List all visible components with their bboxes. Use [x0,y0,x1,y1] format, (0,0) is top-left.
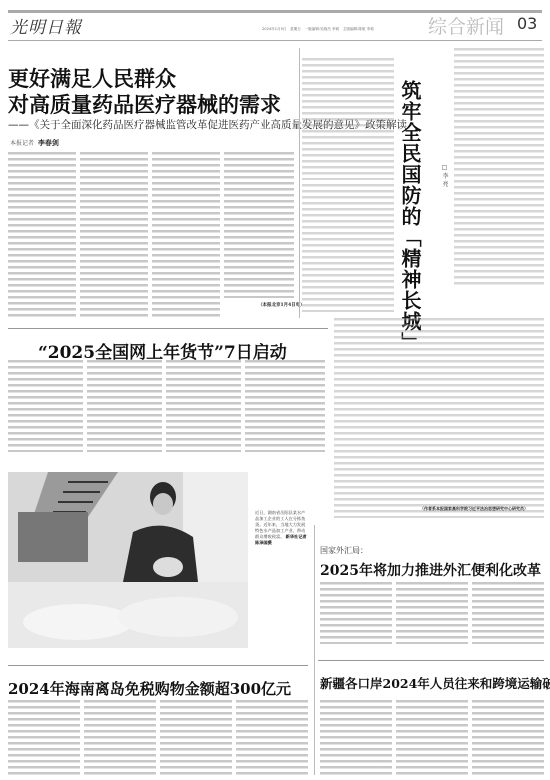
header-divider [8,40,542,41]
fx-body-col1 [320,582,392,644]
hainan-body-col2 [84,700,156,778]
lead-signoff: （本报北京1月4日电） [258,302,305,308]
lead-body-col4 [224,152,294,298]
xinjiang-body-col3 [472,700,544,778]
section-divider [318,660,544,661]
lead-byline: 本报记者 李春剑 [10,138,59,148]
section-divider [8,665,308,666]
hainan-body-col1 [8,700,80,778]
news-photo [8,472,248,648]
lead-body-col2 [80,152,148,318]
commentary-affiliation: （作者系本报国家高科学院习近平法治思想研究中心研究员） [420,506,528,512]
section-title: 综合新闻 [428,12,504,39]
festival-body-col1 [8,360,83,452]
commentary-body-mid [302,184,394,312]
lead-headline-line2: 对高质量药品医疗器械的需求 [8,89,281,119]
xinjiang-body-col1 [320,700,392,778]
festival-body-col3 [166,360,241,452]
commentary-author: □ 李 亮 [440,164,449,187]
xinjiang-body-col2 [396,700,468,778]
fx-body-col3 [472,582,544,644]
hainan-body-col3 [160,700,232,778]
festival-body-col2 [87,360,162,452]
commentary-title: 筑牢全民国防的「精神长城」 [395,80,425,353]
xinjiang-headline: 新疆各口岸2024年人员往来和跨境运输破纪录 [320,674,550,692]
byline-label: 本报记者 [10,140,34,147]
byline-name: 李春剑 [38,138,59,147]
photo-scene [8,472,248,648]
column-rule [299,48,300,318]
fx-body-col2 [396,582,468,644]
commentary-body-right [454,48,544,288]
column-rule [314,525,315,775]
festival-body-col4 [245,360,325,452]
fx-kicker: 国家外汇局： [320,545,368,556]
commentary-body-top [302,58,394,180]
photo-caption: 近日，湖南省岳阳县某水产品加工企业的工人在分拣鱼货。近年来，当地大力发展特色水产… [255,510,307,630]
hainan-body-col4 [236,700,308,778]
newspaper-logo: 光明日報 [10,13,82,38]
issue-meta: 2024年1月5日 星期日 一版编辑:吴晓杰 李莉 主版编辑:陈航 李莉 [262,27,374,32]
commentary-body-bottom [334,318,544,518]
page-number: 03 [517,14,537,33]
hainan-headline: 2024年海南离岛免税购物金额超300亿元 [8,678,291,699]
lead-body-col1 [8,152,76,318]
lead-body-col3 [152,152,220,318]
fx-headline: 2025年将加力推进外汇便利化改革 [320,560,541,580]
section-divider [8,328,328,329]
